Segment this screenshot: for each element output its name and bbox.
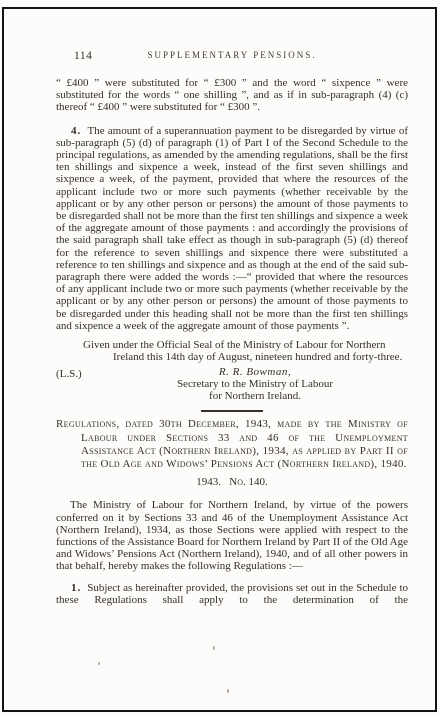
running-header-title: SUPPLEMENTARY PENSIONS. [56, 50, 408, 60]
signature-row: (L.S.) R. R. Bowman, Secretary to the Mi… [56, 366, 408, 403]
continuation-paragraph: “ £400 ” were substituted for “ £300 ” a… [56, 77, 408, 114]
paragraph-4-text: The amount of a superannuation payment t… [56, 125, 408, 332]
paragraph-1-text: Subject as hereinafter provided, the pro… [56, 582, 408, 606]
paragraph-1: 1. Subject as hereinafter provided, the … [56, 582, 408, 606]
scan-speck [227, 689, 229, 693]
section-divider-rule [201, 410, 263, 412]
signature-name: R. R. Bowman, [140, 366, 370, 378]
seal-mark: (L.S.) [56, 368, 82, 380]
preamble-paragraph: The Ministry of Labour for Northern Irel… [56, 499, 408, 572]
paragraph-4: 4. The amount of a superannuation paymen… [56, 125, 408, 332]
page-number: 114 [74, 50, 92, 62]
paragraph-1-number: 1. [71, 582, 81, 594]
docket-number: 1943. No. 140. [56, 476, 408, 488]
signature-title-line2: for Northern Ireland. [140, 390, 370, 402]
scan-speck [98, 662, 100, 665]
scan-speck [213, 646, 215, 650]
attestation-paragraph: Given under the Official Seal of the Min… [83, 339, 408, 364]
signature-block: R. R. Bowman, Secretary to the Ministry … [140, 366, 370, 403]
running-header-row: 114 SUPPLEMENTARY PENSIONS. [56, 50, 408, 64]
paragraph-4-number: 4. [71, 125, 81, 137]
signature-title-line1: Secretary to the Ministry of Labour [140, 378, 370, 390]
regulations-heading: Regulations, dated 30th December, 1943, … [56, 418, 408, 471]
document-page: 114 SUPPLEMENTARY PENSIONS. “ £400 ” wer… [0, 0, 440, 716]
